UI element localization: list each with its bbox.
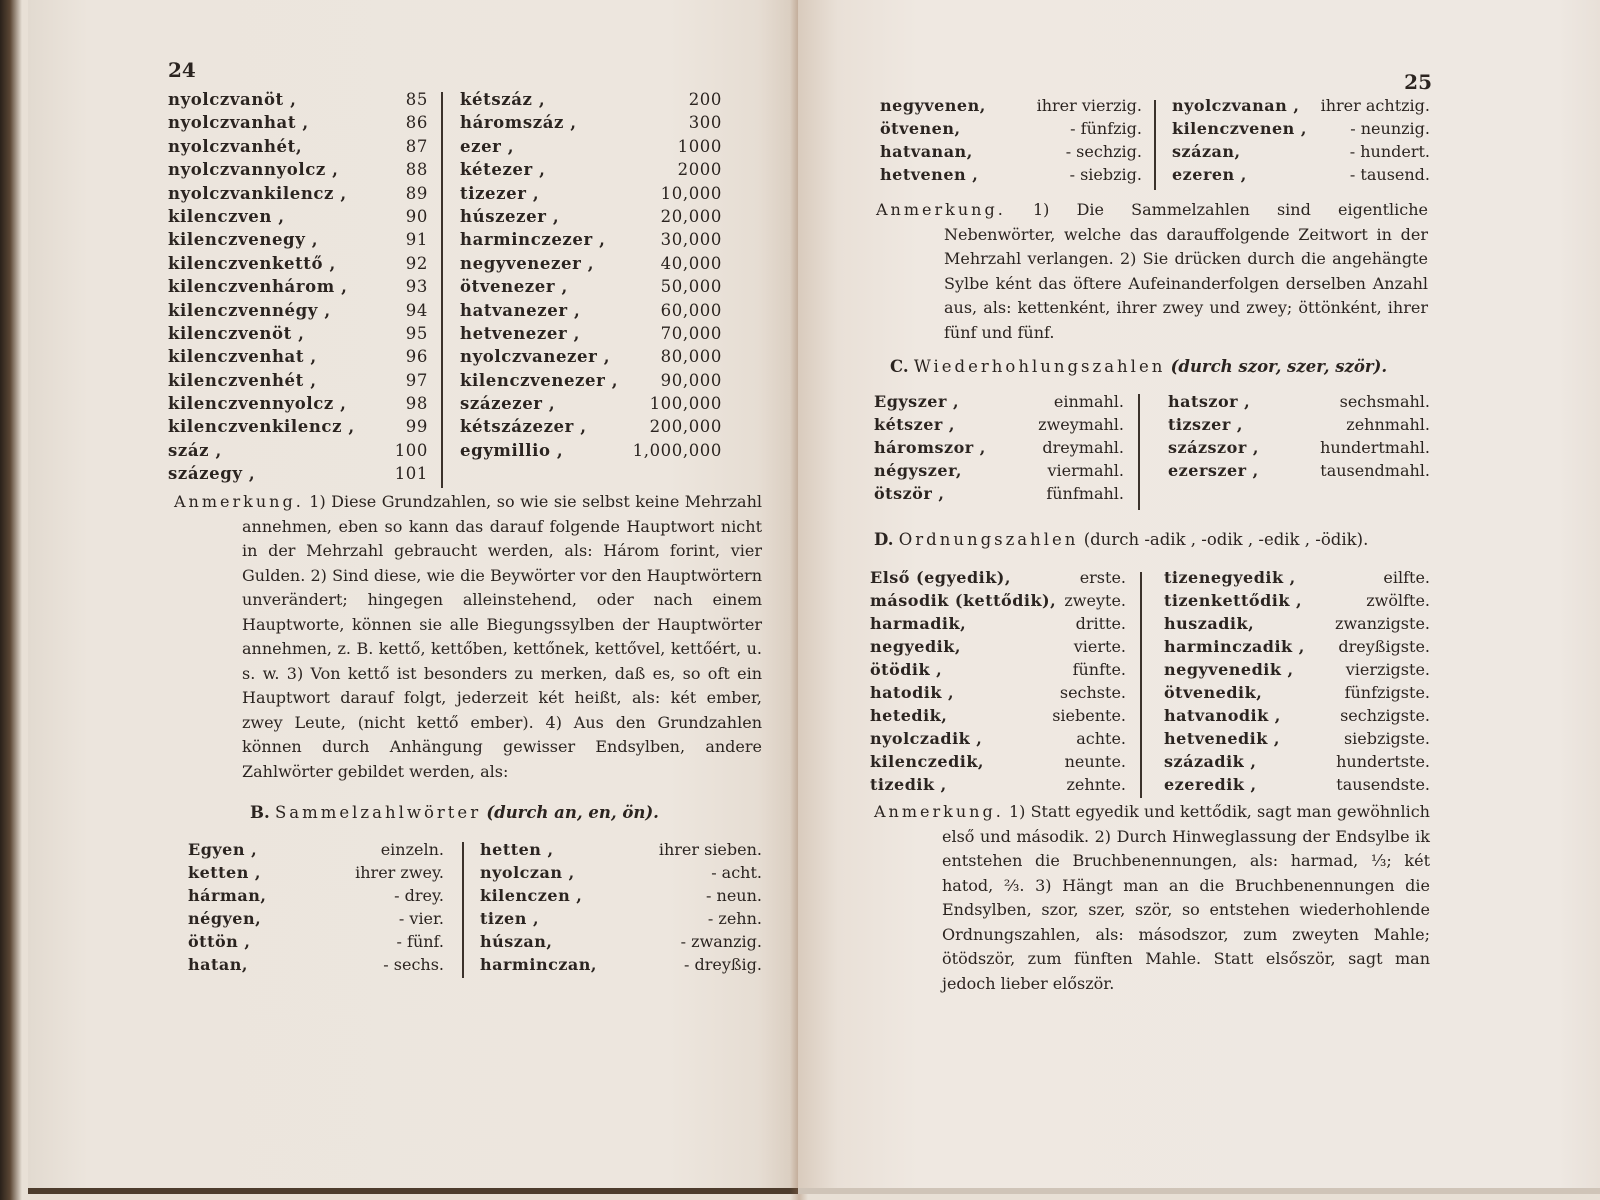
cardinal-row: kilenczvennégy ,94	[168, 299, 428, 322]
collective-row-value: - neun.	[706, 884, 762, 907]
collective-row: kilenczvenen ,- neunzig.	[1172, 117, 1430, 140]
collectives-cont-column-1: negyvenen,ihrer vierzig.ötvenen,- fünfzi…	[880, 94, 1142, 186]
cardinal-row-value: 1000	[678, 135, 722, 158]
cardinal-row-term: kilenczvenhárom ,	[168, 275, 348, 298]
ordinal-row-term: tizenkettődik ,	[1164, 589, 1302, 612]
ordinal-row-value: dritte.	[1076, 612, 1126, 635]
ordinal-row-term: ötvenedik,	[1164, 681, 1262, 704]
collective-row: százan,- hundert.	[1172, 140, 1430, 163]
cardinal-row: százezer ,100,000	[460, 392, 722, 415]
cardinal-row: hetvenezer ,70,000	[460, 322, 722, 345]
ordinal-row-value: sechste.	[1060, 681, 1126, 704]
ordinal-row: harminczadik ,dreyßigste.	[1164, 635, 1430, 658]
cardinal-row-value: 85	[406, 88, 428, 111]
collective-row-term: ötvenen,	[880, 117, 961, 140]
collective-row-term: negyvenen,	[880, 94, 986, 117]
repetition-row: Egyszer ,einmahl.	[874, 390, 1124, 413]
cardinal-row-term: nyolczvanöt ,	[168, 88, 296, 111]
cardinal-row: háromszáz ,300	[460, 111, 722, 134]
repetition-row-value: dreymahl.	[1042, 436, 1124, 459]
collective-row-term: kilenczen ,	[480, 884, 582, 907]
ordinal-row-value: fünfte.	[1073, 658, 1126, 681]
repetition-row-value: sechsmahl.	[1340, 390, 1430, 413]
repetition-row-term: kétszer ,	[874, 413, 955, 436]
cardinal-row: negyvenezer ,40,000	[460, 252, 722, 275]
cardinal-row-term: kilenczven ,	[168, 205, 285, 228]
note-collectives: Anmerkung. 1) Die Sammelzahlen sind eige…	[876, 198, 1428, 345]
repetition-row: kétszer ,zweymahl.	[874, 413, 1124, 436]
collective-row-value: - neunzig.	[1350, 117, 1430, 140]
right-page: 25 negyvenen,ihrer vierzig.ötvenen,- fün…	[798, 0, 1600, 1194]
section-letter: B.	[250, 803, 270, 822]
ordinal-row-term: tizenegyedik ,	[1164, 566, 1296, 589]
collective-row-term: harminczan,	[480, 953, 597, 976]
collectives-column-1: Egyen ,einzeln.ketten ,ihrer zwey.hárman…	[188, 838, 444, 976]
cardinal-row: nyolczvannyolcz ,88	[168, 158, 428, 181]
collective-row-term: öttön ,	[188, 930, 250, 953]
cardinal-row-term: húszezer ,	[460, 205, 559, 228]
ordinal-row: ötödik ,fünfte.	[870, 658, 1126, 681]
cardinals-column-2: kétszáz ,200háromszáz ,300ezer ,1000kéte…	[460, 88, 722, 462]
ordinal-row: tizenkettődik ,zwölfte.	[1164, 589, 1430, 612]
collective-row: hárman,- drey.	[188, 884, 444, 907]
repetition-row-term: ötször ,	[874, 482, 944, 505]
cardinal-row: nyolczvanezer ,80,000	[460, 345, 722, 368]
cardinal-row-term: nyolczvannyolcz ,	[168, 158, 339, 181]
cardinal-row-value: 300	[689, 111, 722, 134]
collective-row-term: ezeren ,	[1172, 163, 1247, 186]
repetition-row-term: százszor ,	[1168, 436, 1259, 459]
note-label: Anmerkung.	[174, 492, 304, 511]
repetition-row-value: viermahl.	[1048, 459, 1125, 482]
collective-row: Egyen ,einzeln.	[188, 838, 444, 861]
ordinal-row-value: hundertste.	[1336, 750, 1430, 773]
cardinal-row: kilenczvenhárom ,93	[168, 275, 428, 298]
cardinal-row: nyolczvanhat ,86	[168, 111, 428, 134]
cardinal-row-term: ezer ,	[460, 135, 514, 158]
cardinal-row: kilenczvennyolcz ,98	[168, 392, 428, 415]
cardinal-row: nyolczvankilencz ,89	[168, 182, 428, 205]
cardinal-row: nyolczvanöt ,85	[168, 88, 428, 111]
cardinal-row: kilenczven ,90	[168, 205, 428, 228]
cardinal-row-value: 92	[406, 252, 428, 275]
ordinal-row: ötvenedik,fünfzigste.	[1164, 681, 1430, 704]
ordinal-row: hatvanodik ,sechzigste.	[1164, 704, 1430, 727]
ordinal-row: negyvenedik ,vierzigste.	[1164, 658, 1430, 681]
repetition-row-term: tizszer ,	[1168, 413, 1243, 436]
ordinal-row: hetvenedik ,siebzigste.	[1164, 727, 1430, 750]
cardinal-row-term: hatvanezer ,	[460, 299, 580, 322]
collective-row: hetten ,ihrer sieben.	[480, 838, 762, 861]
section-c-heading: C. Wiederhohlungszahlen (durch szor, sze…	[890, 357, 1387, 376]
cardinal-row-value: 30,000	[661, 228, 722, 251]
ordinal-row-value: siebente.	[1052, 704, 1126, 727]
collective-row-term: húszan,	[480, 930, 552, 953]
cardinal-row-term: kilenczvenkettő ,	[168, 252, 336, 275]
cardinal-row-term: harminczezer ,	[460, 228, 605, 251]
ordinal-row-term: Első (egyedik),	[870, 566, 1011, 589]
cardinal-row-value: 80,000	[661, 345, 722, 368]
cardinal-row: kilenczvenkettő ,92	[168, 252, 428, 275]
cardinal-row-value: 200,000	[650, 415, 722, 438]
cardinal-row-term: nyolczvankilencz ,	[168, 182, 347, 205]
collective-row-value: einzeln.	[381, 838, 444, 861]
repetition-row-value: tausendmahl.	[1320, 459, 1430, 482]
collective-row-term: Egyen ,	[188, 838, 257, 861]
cardinal-row-value: 40,000	[661, 252, 722, 275]
collective-row-term: hetten ,	[480, 838, 554, 861]
cardinal-row-term: ötvenezer ,	[460, 275, 568, 298]
cardinal-row-term: kétszázezer ,	[460, 415, 587, 438]
cardinal-row: kilenczvenhat ,96	[168, 345, 428, 368]
collective-row-term: hatan,	[188, 953, 248, 976]
cardinal-row-value: 93	[406, 275, 428, 298]
section-letter: D.	[874, 530, 893, 549]
ordinal-row-value: sechzigste.	[1340, 704, 1430, 727]
left-page: 24 nyolczvanöt ,85nyolczvanhat ,86nyolcz…	[28, 0, 798, 1194]
cardinal-row-term: tizezer ,	[460, 182, 539, 205]
ordinal-row-value: dreyßigste.	[1338, 635, 1430, 658]
collective-row-term: hetvenen ,	[880, 163, 978, 186]
ordinal-row: Első (egyedik),erste.	[870, 566, 1126, 589]
note-label: Anmerkung.	[876, 200, 1006, 219]
cardinal-row-term: százezer ,	[460, 392, 555, 415]
cardinal-row-term: kilenczvenhat ,	[168, 345, 317, 368]
repetition-row-term: hatszor ,	[1168, 390, 1250, 413]
repetition-column-1: Egyszer ,einmahl.kétszer ,zweymahl.három…	[874, 390, 1124, 505]
ordinal-row: harmadik,dritte.	[870, 612, 1126, 635]
cardinal-row-value: 70,000	[661, 322, 722, 345]
ordinal-row-term: negyvenedik ,	[1164, 658, 1294, 681]
collective-row-value: ihrer achtzig.	[1321, 94, 1430, 117]
cardinal-row-value: 2000	[678, 158, 722, 181]
cardinal-row: kilenczvenegy ,91	[168, 228, 428, 251]
ordinal-row-value: fünfzigste.	[1345, 681, 1430, 704]
ordinal-row: tizenegyedik ,eilfte.	[1164, 566, 1430, 589]
ordinal-row: tizedik ,zehnte.	[870, 773, 1126, 796]
ordinal-row-value: eilfte.	[1383, 566, 1430, 589]
ordinal-row-term: hatodik ,	[870, 681, 954, 704]
cardinal-row: kilenczvenezer ,90,000	[460, 369, 722, 392]
cardinal-row-term: negyvenezer ,	[460, 252, 594, 275]
section-suffix: (durch -adik , -odik , -edik , -ödik).	[1084, 530, 1369, 549]
collective-row-value: - hundert.	[1350, 140, 1430, 163]
cardinal-row: százegy ,101	[168, 462, 428, 485]
cardinal-row-term: százegy ,	[168, 462, 255, 485]
cardinal-row: ötvenezer ,50,000	[460, 275, 722, 298]
ordinal-row: huszadik,zwanzigste.	[1164, 612, 1430, 635]
note-label: Anmerkung.	[874, 802, 1004, 821]
cardinal-row-term: száz ,	[168, 439, 222, 462]
cardinals-column-1: nyolczvanöt ,85nyolczvanhat ,86nyolczvan…	[168, 88, 428, 486]
column-divider	[462, 842, 464, 978]
ordinal-row-value: siebzigste.	[1344, 727, 1430, 750]
ordinal-row-value: erste.	[1080, 566, 1126, 589]
ordinal-row-term: második (kettődik),	[870, 589, 1056, 612]
cardinal-row-value: 96	[406, 345, 428, 368]
cardinal-row-value: 94	[406, 299, 428, 322]
cardinal-row-term: kilenczvenezer ,	[460, 369, 618, 392]
cardinal-row-value: 200	[689, 88, 722, 111]
repetition-row: hatszor ,sechsmahl.	[1168, 390, 1430, 413]
ordinal-row: nyolczadik ,achte.	[870, 727, 1126, 750]
section-suffix: (durch an, en, ön).	[486, 803, 659, 822]
ordinal-row-term: ötödik ,	[870, 658, 942, 681]
ordinal-row-value: zwölfte.	[1366, 589, 1430, 612]
cardinal-row: kilenczvenhét ,97	[168, 369, 428, 392]
ordinal-row: második (kettődik),zweyte.	[870, 589, 1126, 612]
repetition-row: tizszer ,zehnmahl.	[1168, 413, 1430, 436]
ordinal-row-value: vierte.	[1074, 635, 1126, 658]
collective-row: hatan,- sechs.	[188, 953, 444, 976]
cardinal-row-term: kilenczvennégy ,	[168, 299, 331, 322]
collective-row-value: - zwanzig.	[681, 930, 762, 953]
note-ordinals: Anmerkung. 1) Statt egyedik und kettődik…	[874, 800, 1430, 996]
ordinals-column-2: tizenegyedik ,eilfte.tizenkettődik ,zwöl…	[1164, 566, 1430, 796]
cardinal-row: egymillio ,1,000,000	[460, 439, 722, 462]
ordinal-row: kilenczedik,neunte.	[870, 750, 1126, 773]
collectives-cont-column-2: nyolczvanan ,ihrer achtzig.kilenczvenen …	[1172, 94, 1430, 186]
collective-row-value: ihrer zwey.	[355, 861, 444, 884]
collective-row-value: - zehn.	[708, 907, 762, 930]
cardinal-row: kétezer ,2000	[460, 158, 722, 181]
cardinal-row: száz ,100	[168, 439, 428, 462]
ordinal-row-term: hatvanodik ,	[1164, 704, 1281, 727]
collective-row-term: négyen,	[188, 907, 261, 930]
ordinal-row-value: achte.	[1076, 727, 1126, 750]
ordinal-row: hatodik ,sechste.	[870, 681, 1126, 704]
repetition-row-term: Egyszer ,	[874, 390, 959, 413]
cardinal-row-value: 101	[395, 462, 428, 485]
cardinal-row-value: 98	[406, 392, 428, 415]
ordinal-row-term: hetvenedik ,	[1164, 727, 1280, 750]
collective-row: négyen,- vier.	[188, 907, 444, 930]
cardinal-row-value: 87	[406, 135, 428, 158]
section-title: Wiederhohlungszahlen	[914, 357, 1166, 376]
ordinal-row-value: zweyte.	[1064, 589, 1126, 612]
repetition-row-value: einmahl.	[1054, 390, 1124, 413]
section-d-heading: D. Ordnungszahlen (durch -adik , -odik ,…	[874, 530, 1368, 549]
ordinal-row-value: vierzigste.	[1346, 658, 1430, 681]
repetition-row: négyszer,viermahl.	[874, 459, 1124, 482]
cardinal-row: kilenczvenkilencz ,99	[168, 415, 428, 438]
cardinal-row-value: 90,000	[661, 369, 722, 392]
collective-row-term: kilenczvenen ,	[1172, 117, 1307, 140]
cardinal-row-term: kilenczvenegy ,	[168, 228, 318, 251]
collective-row-term: nyolczan ,	[480, 861, 575, 884]
cardinal-row-term: kétszáz ,	[460, 88, 545, 111]
column-divider	[1154, 100, 1156, 190]
collective-row-value: - vier.	[399, 907, 444, 930]
column-divider	[1140, 572, 1142, 798]
ordinals-column-1: Első (egyedik),erste.második (kettődik),…	[870, 566, 1126, 796]
cardinal-row-value: 60,000	[661, 299, 722, 322]
cardinal-row: ezer ,1000	[460, 135, 722, 158]
collective-row: ezeren ,- tausend.	[1172, 163, 1430, 186]
cardinal-row: nyolczvanhét,87	[168, 135, 428, 158]
repetition-row-term: négyszer,	[874, 459, 962, 482]
collective-row: hetvenen ,- siebzig.	[880, 163, 1142, 186]
page-number: 25	[1404, 70, 1432, 94]
cardinal-row-value: 10,000	[661, 182, 722, 205]
repetition-row-value: zehnmahl.	[1346, 413, 1430, 436]
collective-row-value: - sechzig.	[1066, 140, 1142, 163]
cardinal-row-term: kilenczvenöt ,	[168, 322, 304, 345]
collectives-column-2: hetten ,ihrer sieben.nyolczan ,- acht.ki…	[480, 838, 762, 976]
page-number: 24	[168, 58, 196, 82]
note-text: 1) Diese Grundzahlen, so wie sie selbst …	[242, 492, 762, 781]
repetition-row: háromszor ,dreymahl.	[874, 436, 1124, 459]
ordinal-row-term: tizedik ,	[870, 773, 947, 796]
cardinal-row: kétszáz ,200	[460, 88, 722, 111]
cardinal-row-term: nyolczvanhét,	[168, 135, 302, 158]
cardinal-row-value: 91	[406, 228, 428, 251]
ordinal-row-term: ezeredik ,	[1164, 773, 1257, 796]
ordinal-row-term: negyedik,	[870, 635, 961, 658]
collective-row-value: - fünf.	[397, 930, 444, 953]
collective-row-term: tizen ,	[480, 907, 539, 930]
collective-row: negyvenen,ihrer vierzig.	[880, 94, 1142, 117]
cardinal-row-term: kétezer ,	[460, 158, 546, 181]
note-cardinals: Anmerkung. 1) Diese Grundzahlen, so wie …	[174, 490, 762, 784]
cardinal-row-value: 95	[406, 322, 428, 345]
collective-row-value: - fünfzig.	[1070, 117, 1142, 140]
section-suffix: (durch szor, szer, ször).	[1171, 357, 1388, 376]
section-b-heading: B. Sammelzahlwörter (durch an, en, ön).	[250, 803, 659, 822]
collective-row: kilenczen ,- neun.	[480, 884, 762, 907]
cardinal-row: kilenczvenöt ,95	[168, 322, 428, 345]
cardinal-row-value: 20,000	[661, 205, 722, 228]
ordinal-row: századik ,hundertste.	[1164, 750, 1430, 773]
cardinal-row-term: nyolczvanhat ,	[168, 111, 309, 134]
ordinal-row-term: nyolczadik ,	[870, 727, 982, 750]
collective-row: húszan,- zwanzig.	[480, 930, 762, 953]
repetition-row: százszor ,hundertmahl.	[1168, 436, 1430, 459]
repetition-row-term: háromszor ,	[874, 436, 986, 459]
collective-row-value: ihrer sieben.	[659, 838, 762, 861]
cardinal-row-term: kilenczvennyolcz ,	[168, 392, 347, 415]
cardinal-row-value: 90	[406, 205, 428, 228]
collective-row-value: - dreyßig.	[684, 953, 762, 976]
collective-row-term: hárman,	[188, 884, 266, 907]
column-divider	[1138, 394, 1140, 510]
cardinal-row: tizezer ,10,000	[460, 182, 722, 205]
collective-row-value: - sechs.	[383, 953, 444, 976]
collective-row: tizen ,- zehn.	[480, 907, 762, 930]
ordinal-row-term: harmadik,	[870, 612, 966, 635]
repetition-row-value: zweymahl.	[1038, 413, 1124, 436]
collective-row-value: - drey.	[394, 884, 444, 907]
repetition-row: ötször ,fünfmahl.	[874, 482, 1124, 505]
cardinal-row-value: 100,000	[650, 392, 722, 415]
collective-row-value: - acht.	[711, 861, 762, 884]
section-title: Sammelzahlwörter	[275, 803, 481, 822]
column-divider	[441, 92, 443, 488]
cardinal-row-term: hetvenezer ,	[460, 322, 580, 345]
repetition-row-value: fünfmahl.	[1046, 482, 1124, 505]
ordinal-row: ezeredik ,tausendste.	[1164, 773, 1430, 796]
collective-row: hatvanan,- sechzig.	[880, 140, 1142, 163]
cardinal-row-term: kilenczvenhét ,	[168, 369, 317, 392]
collective-row: öttön ,- fünf.	[188, 930, 444, 953]
cardinal-row-value: 86	[406, 111, 428, 134]
collective-row-term: ketten ,	[188, 861, 261, 884]
cardinal-row: húszezer ,20,000	[460, 205, 722, 228]
ordinal-row-term: kilenczedik,	[870, 750, 984, 773]
ordinal-row-value: zwanzigste.	[1335, 612, 1430, 635]
cardinal-row-value: 88	[406, 158, 428, 181]
repetition-row-term: ezerszer ,	[1168, 459, 1259, 482]
collective-row: ketten ,ihrer zwey.	[188, 861, 444, 884]
collective-row: harminczan,- dreyßig.	[480, 953, 762, 976]
cardinal-row: hatvanezer ,60,000	[460, 299, 722, 322]
ordinal-row: hetedik,siebente.	[870, 704, 1126, 727]
ordinal-row-term: századik ,	[1164, 750, 1256, 773]
cardinal-row-value: 100	[395, 439, 428, 462]
collective-row-term: százan,	[1172, 140, 1241, 163]
repetition-column-2: hatszor ,sechsmahl.tizszer ,zehnmahl.szá…	[1168, 390, 1430, 482]
collective-row-term: hatvanan,	[880, 140, 973, 163]
collective-row-term: nyolczvanan ,	[1172, 94, 1299, 117]
ordinal-row-term: hetedik,	[870, 704, 947, 727]
cardinal-row-term: háromszáz ,	[460, 111, 577, 134]
collective-row: nyolczan ,- acht.	[480, 861, 762, 884]
section-letter: C.	[890, 357, 909, 376]
collective-row-value: - tausend.	[1350, 163, 1430, 186]
ordinal-row-term: huszadik,	[1164, 612, 1254, 635]
repetition-row-value: hundertmahl.	[1320, 436, 1430, 459]
cardinal-row: harminczezer ,30,000	[460, 228, 722, 251]
cardinal-row-value: 1,000,000	[633, 439, 722, 462]
ordinal-row-value: zehnte.	[1067, 773, 1127, 796]
cardinal-row-value: 89	[406, 182, 428, 205]
ordinal-row: negyedik,vierte.	[870, 635, 1126, 658]
cardinal-row: kétszázezer ,200,000	[460, 415, 722, 438]
ordinal-row-value: tausendste.	[1336, 773, 1430, 796]
ordinal-row-term: harminczadik ,	[1164, 635, 1305, 658]
note-text: 1) Die Sammelzahlen sind eigentliche Neb…	[944, 200, 1428, 342]
cardinal-row-term: nyolczvanezer ,	[460, 345, 610, 368]
note-text: 1) Statt egyedik und kettődik, sagt man …	[942, 802, 1430, 993]
cardinal-row-value: 99	[406, 415, 428, 438]
ordinal-row-value: neunte.	[1065, 750, 1126, 773]
collective-row-value: - siebzig.	[1070, 163, 1142, 186]
cardinal-row-term: kilenczvenkilencz ,	[168, 415, 355, 438]
collective-row-value: ihrer vierzig.	[1037, 94, 1142, 117]
collective-row: nyolczvanan ,ihrer achtzig.	[1172, 94, 1430, 117]
section-title: Ordnungszahlen	[899, 530, 1079, 549]
cardinal-row-value: 50,000	[661, 275, 722, 298]
cardinal-row-term: egymillio ,	[460, 439, 563, 462]
collective-row: ötvenen,- fünfzig.	[880, 117, 1142, 140]
repetition-row: ezerszer ,tausendmahl.	[1168, 459, 1430, 482]
cardinal-row-value: 97	[406, 369, 428, 392]
